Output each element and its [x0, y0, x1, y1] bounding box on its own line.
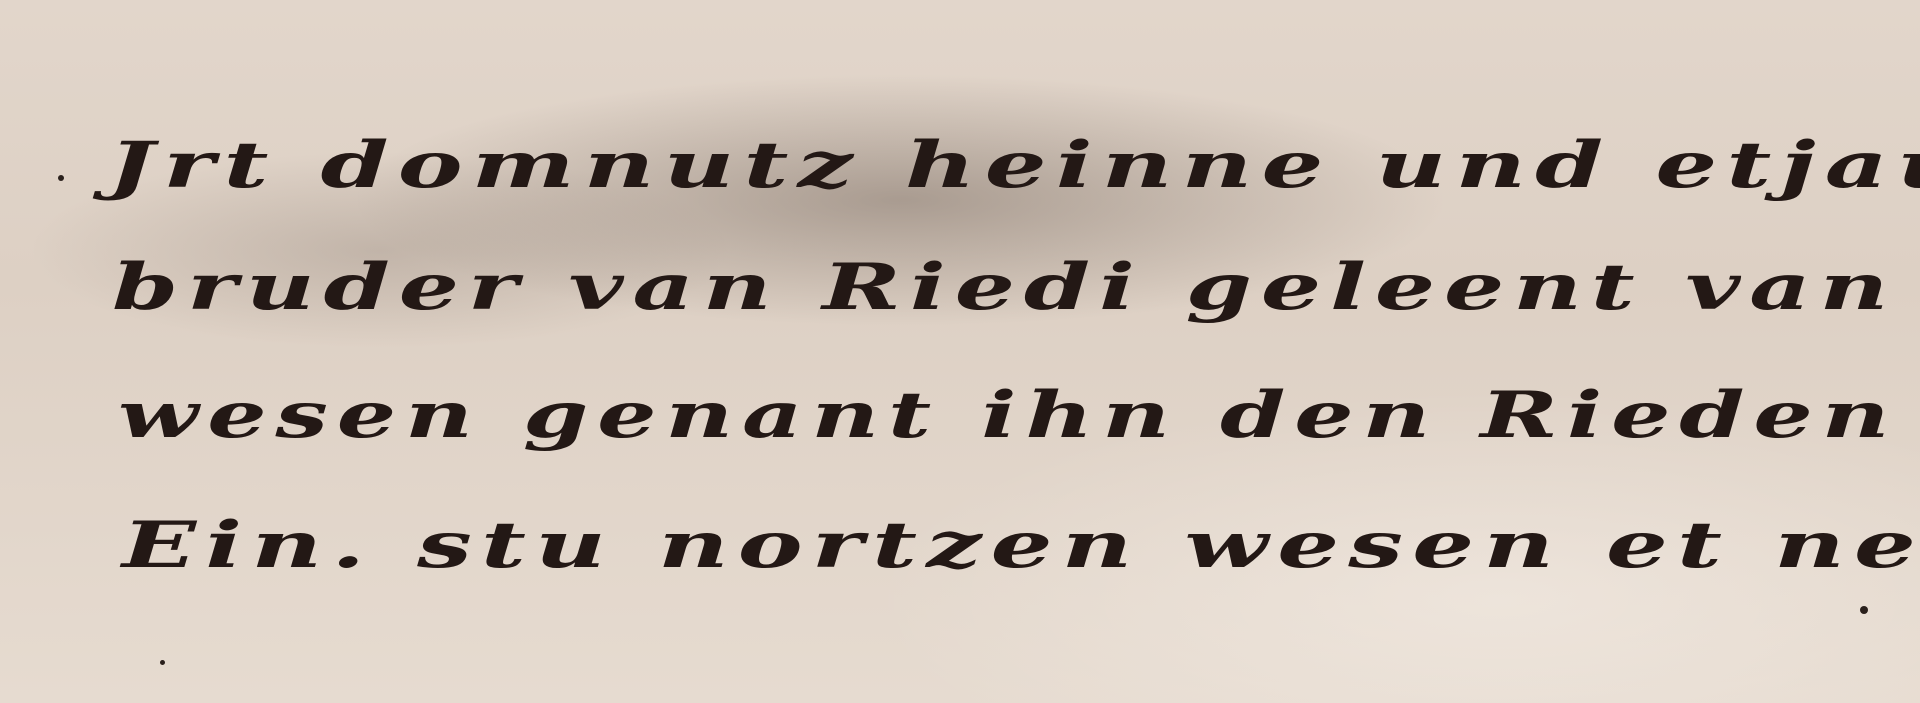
- ink-dot: [160, 660, 165, 665]
- manuscript-line-2: bruder van Riedi geleent van eime: [112, 250, 1920, 325]
- manuscript-page: Jrt domnutz heinne und etjaul firh brude…: [0, 0, 1920, 703]
- manuscript-line-3: wesen genant ihn den Rieden und lit: [118, 378, 1920, 453]
- manuscript-line-4: Ein. stu nortzen wesen et ne grans.: [122, 508, 1920, 583]
- ink-dot: [58, 175, 64, 181]
- manuscript-line-1: Jrt domnutz heinne und etjaul firh: [108, 128, 1920, 203]
- ink-dot: [1860, 606, 1868, 614]
